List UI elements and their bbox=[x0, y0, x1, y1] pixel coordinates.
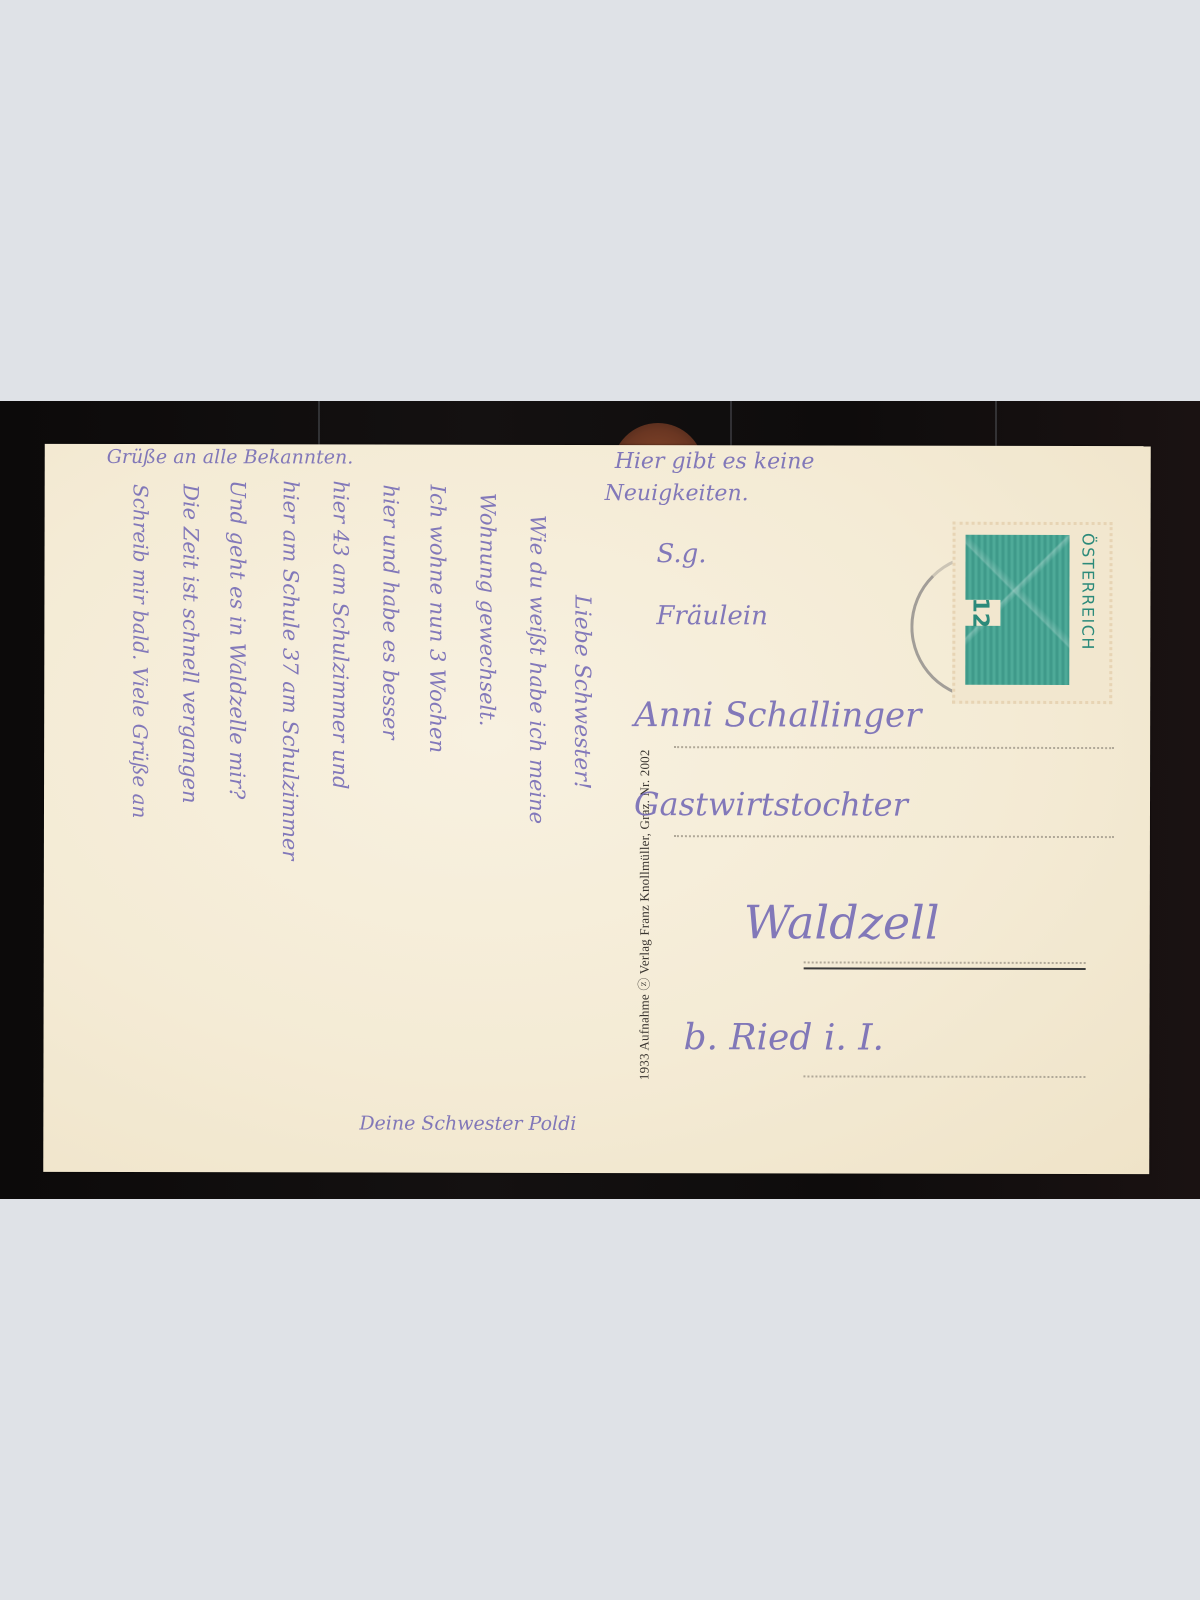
recipient-name: Anni Schallinger bbox=[634, 695, 921, 736]
note-line-2: Neuigkeiten. bbox=[605, 481, 749, 506]
message-line: Und geht es in Waldzelle mir? bbox=[225, 480, 250, 799]
message-line: Wie du weißt habe ich meine bbox=[525, 515, 550, 824]
message-line: hier 43 am Schulzimmer und bbox=[328, 480, 353, 789]
postcard: Grüße an alle Bekannten. Liebe Schwester… bbox=[43, 444, 1151, 1174]
recipient-region: b. Ried i. I. bbox=[683, 1017, 884, 1058]
recipient-title: Fräulein bbox=[656, 601, 768, 631]
message-line: Schreib mir bald. Viele Grüße an bbox=[128, 484, 153, 818]
message-greeting: Liebe Schwester! bbox=[569, 595, 594, 790]
message-line: Ich wohne nun 3 Wochen bbox=[425, 485, 450, 753]
message-line: hier am Schule 37 am Schulzimmer bbox=[278, 480, 303, 860]
postcard-photo: Grüße an alle Bekannten. Liebe Schwester… bbox=[0, 401, 1200, 1199]
stamp-value: 12 bbox=[960, 600, 1000, 626]
note-line-1: Hier gibt es keine bbox=[615, 449, 815, 474]
message-line: hier und habe es besser bbox=[378, 485, 403, 740]
recipient-town: Waldzell bbox=[744, 895, 940, 949]
postage-stamp: 12 ÖSTERREICH bbox=[952, 522, 1112, 704]
salutation: S.g. bbox=[657, 539, 707, 569]
message-line: Die Zeit ist schnell vergangen bbox=[178, 484, 203, 804]
message-top-line: Grüße an alle Bekannten. bbox=[107, 446, 354, 469]
stamp-country: ÖSTERREICH bbox=[1078, 533, 1097, 651]
recipient-street: Gastwirtstochter bbox=[634, 785, 908, 824]
message-closing: Deine Schwester Poldi bbox=[359, 1113, 576, 1135]
message-line: Wohnung gewechselt. bbox=[475, 493, 499, 727]
